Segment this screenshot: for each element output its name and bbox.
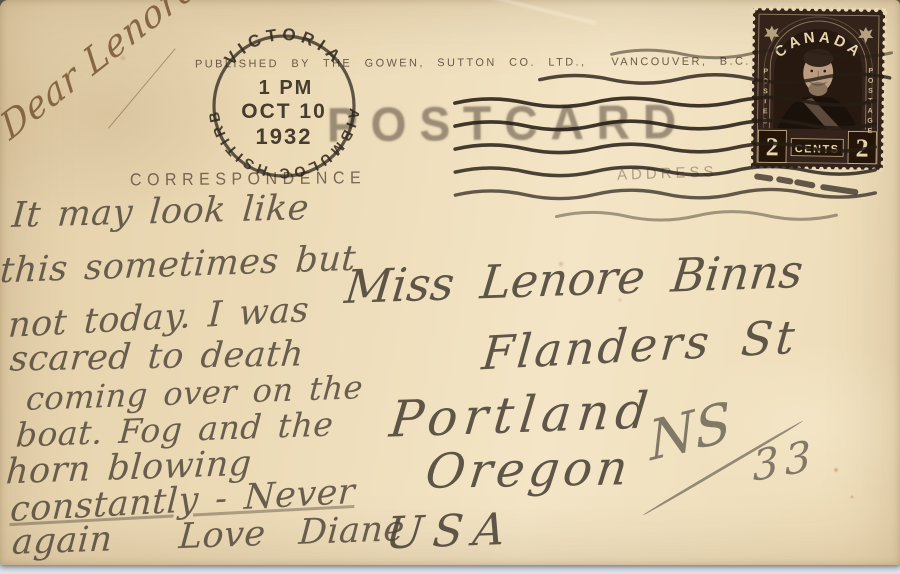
scanned-postcard: POSTCARD PUBLISHED BY THE GOWEN, SUTTON …: [0, 0, 900, 574]
address-line-state: Oregon: [423, 440, 635, 500]
postmark-time: 1 PM: [259, 77, 314, 99]
pencil-note-number: 33: [752, 430, 818, 491]
postcard-ghost-imprint: POSTCARD: [327, 93, 690, 153]
pencil-note-initials: NS: [647, 389, 733, 473]
pen-flourish-line: [108, 48, 176, 128]
address-line-name: Miss Lenore Binns: [342, 244, 805, 314]
postcard-back: POSTCARD PUBLISHED BY THE GOWEN, SUTTON …: [0, 0, 900, 565]
address-line-country: USA: [383, 504, 517, 560]
pencil-note-slash: [642, 420, 804, 517]
stamp-postage-inscription: POSTAGE: [866, 68, 874, 138]
postmark-datestamp: VICTORIA AIBMULOC HSITIRB 1 PM OCT 10 19…: [200, 28, 368, 186]
message-line-6: boat. Fog and the: [15, 404, 335, 454]
address-line-city: Portland: [387, 381, 657, 448]
message-line-3: not today. I was: [7, 290, 310, 346]
address-line-street: Flanders St: [480, 310, 800, 381]
message-line-5: coming over on the: [25, 368, 365, 418]
stamp-denomination-left: 2: [765, 132, 778, 161]
paper-crease: [470, 0, 597, 25]
postmark-year: 1932: [256, 124, 313, 149]
postage-stamp: CANADA 2 2 CENTS POSTES POSTAGE: [749, 6, 887, 172]
postmark-city: VICTORIA: [221, 28, 348, 69]
message-line-7: horn blowing: [5, 444, 253, 493]
greeting-handwriting: Dear Lenore: [0, 0, 203, 149]
message-line-4: scared to death: [8, 334, 305, 379]
postmark-date: OCT 10: [241, 100, 327, 123]
message-line-9: again Love Diane: [11, 509, 406, 563]
stamp-cents-label: CENTS: [795, 143, 840, 156]
address-label: ADDRESS: [617, 163, 718, 183]
cancel-dash-marks: [757, 176, 855, 193]
message-line-8: constantly - Never: [9, 472, 356, 530]
message-line-2: this sometimes but: [0, 239, 357, 292]
stamp-postes-inscription: POSTES: [761, 68, 769, 128]
stamp-denomination-right: 2: [855, 134, 868, 163]
message-line-1: It may look like: [10, 188, 310, 236]
postmark-city-text: VICTORIA: [221, 28, 348, 69]
